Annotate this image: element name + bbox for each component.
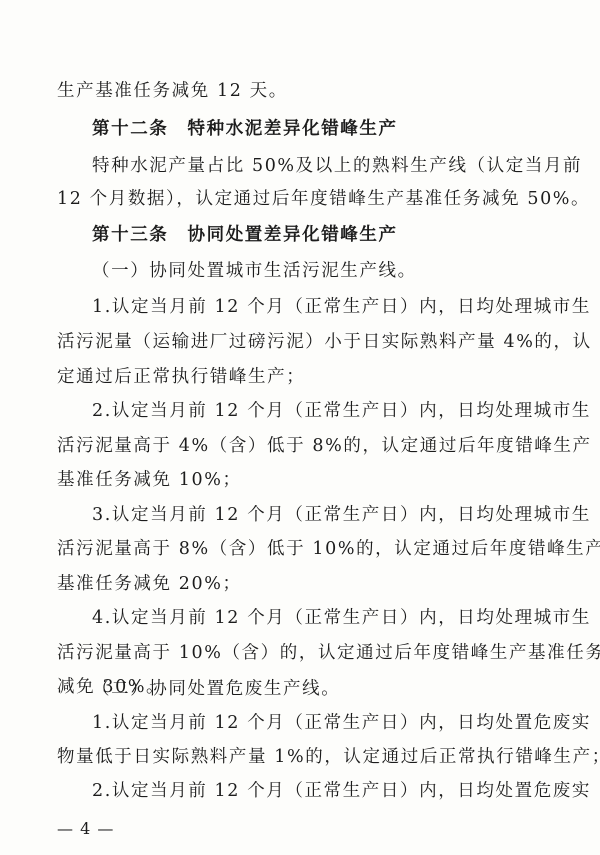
text-line: 活污泥量（运输进厂过磅污泥）小于日实际熟料产量 4%的，认 — [57, 331, 592, 353]
section-heading-2: （二）协同处置危废生产线。 — [92, 678, 340, 700]
section-heading-1: （一）协同处置城市生活污泥生产线。 — [92, 260, 417, 282]
text-line: 活污泥量高于 10%（含）的，认定通过后年度错峰生产基准任务 — [57, 642, 600, 664]
article-heading-13: 第十三条 协同处置差异化错峰生产 — [92, 224, 398, 246]
text-line: 4.认定当月前 12 个月（正常生产日）内，日均处理城市生 — [92, 607, 591, 629]
text-line: 12 个月数据），认定通过后年度错峰生产基准任务减免 50%。 — [57, 188, 590, 210]
text-line: 3.认定当月前 12 个月（正常生产日）内，日均处理城市生 — [92, 504, 591, 526]
page-number: — 4 — — [57, 819, 114, 839]
text-line: 特种水泥产量占比 50%及以上的熟料生产线（认定当月前 — [92, 155, 582, 177]
article-heading-12: 第十二条 特种水泥差异化错峰生产 — [92, 118, 398, 140]
text-line: 2.认定当月前 12 个月（正常生产日）内，日均处理城市生 — [92, 400, 591, 422]
text-line: 物量低于日实际熟料产量 1%的，认定通过后正常执行错峰生产； — [57, 746, 600, 768]
text-line: 活污泥量高于 8%（含）低于 10%的，认定通过后年度错峰生产 — [57, 538, 600, 560]
text-line: 定通过后正常执行错峰生产； — [57, 366, 305, 388]
text-line: 生产基准任务减免 12 天。 — [57, 80, 288, 102]
document-page: 生产基准任务减免 12 天。 第十二条 特种水泥差异化错峰生产 特种水泥产量占比… — [0, 0, 600, 855]
text-line: 基准任务减免 10%； — [57, 469, 242, 491]
text-line: 2.认定当月前 12 个月（正常生产日）内，日均处置危废实 — [92, 780, 591, 802]
text-line: 活污泥量高于 4%（含）低于 8%的，认定通过后年度错峰生产 — [57, 435, 592, 457]
text-line: 基准任务减免 20%； — [57, 573, 242, 595]
text-line: 1.认定当月前 12 个月（正常生产日）内，日均处置危废实 — [92, 712, 591, 734]
text-line: 1.认定当月前 12 个月（正常生产日）内，日均处理城市生 — [92, 296, 591, 318]
